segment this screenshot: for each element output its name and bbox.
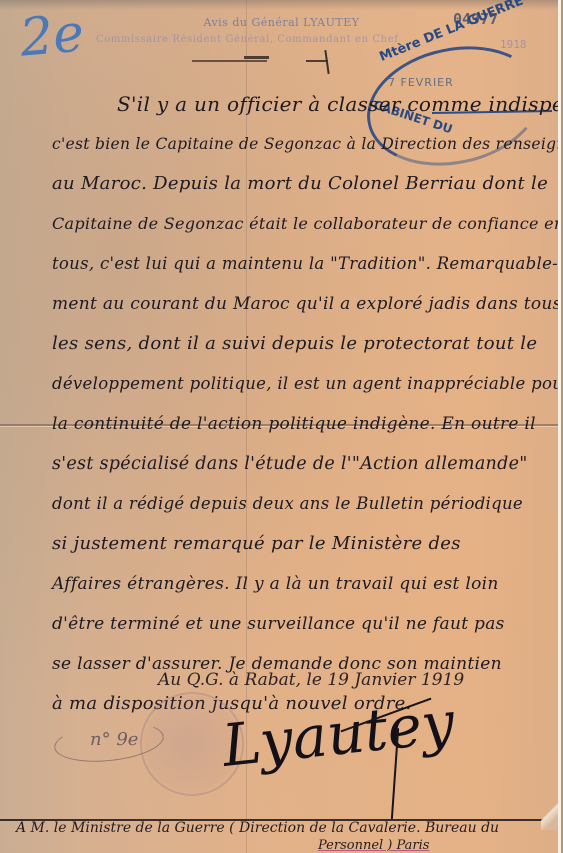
body-line: S'il y a un officier à classer comme ind…: [52, 84, 550, 124]
divider-tick: [324, 50, 329, 74]
date-line: Au Q.G. à Rabat, le 19 Janvier 1919: [158, 670, 464, 690]
body-line: d'être terminé et une surveillance qu'il…: [52, 604, 550, 644]
body-line: dont il a rédigé depuis deux ans le Bull…: [52, 484, 550, 524]
body-line: développement politique, il est un agent…: [52, 364, 550, 404]
margin-annotation: 2e: [18, 3, 87, 68]
letter-body: S'il y a un officier à classer comme ind…: [52, 84, 550, 724]
divider-dash: [244, 56, 269, 59]
letterhead-subtitle: Commissaire Résident Général, Commandant…: [96, 34, 399, 45]
divider-dash: [192, 60, 267, 62]
torn-edge: [541, 800, 559, 830]
reference-number: n° 9e: [90, 729, 138, 750]
body-line: Capitaine de Segonzac était le collabora…: [52, 204, 550, 244]
body-line: au Maroc. Depuis la mort du Colonel Berr…: [52, 164, 550, 204]
body-line: la continuité de l'action politique indi…: [52, 404, 550, 444]
body-line: les sens, dont il a suivi depuis le prot…: [52, 324, 550, 364]
body-line: s'est spécialisé dans l'étude de l'"Acti…: [52, 444, 550, 484]
divider-dash: [306, 60, 328, 62]
year-stamp: 1918: [500, 38, 527, 51]
recipient-address: À M. le Ministre de la Guerre ( Directio…: [16, 820, 499, 836]
body-line: si justement remarqué par le Ministère d…: [52, 524, 550, 564]
body-line: tous, c'est lui qui a maintenu la "Tradi…: [52, 244, 550, 284]
scan-edge-shadow: [0, 0, 561, 10]
recipient-address-continued: Personnel ) Paris: [318, 838, 429, 853]
body-line: c'est bien le Capitaine de Segonzac à la…: [52, 124, 550, 164]
letter-page: 2e Avis du Général LYAUTEY Commissaire R…: [0, 0, 561, 853]
body-line: Affaires étrangères. Il y a là un travai…: [52, 564, 550, 604]
body-line: ment au courant du Maroc qu'il a exploré…: [52, 284, 550, 324]
